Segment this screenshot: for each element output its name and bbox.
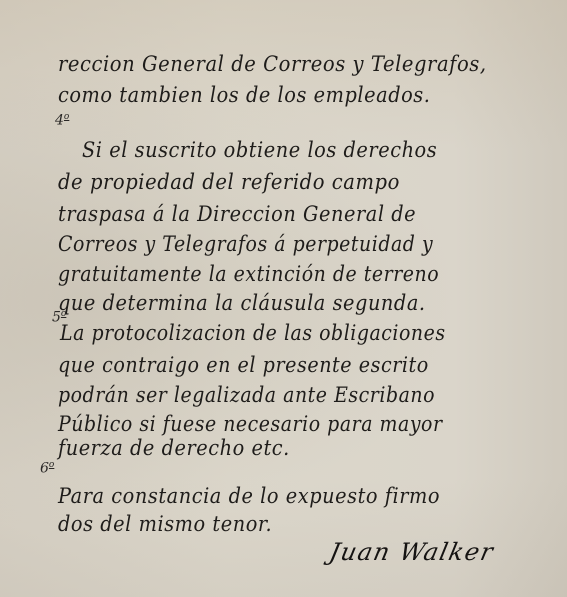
text-line: La protocolizacion de las obligaciones	[60, 321, 446, 345]
text-line: Para constancia de lo expuesto firmo	[58, 484, 440, 508]
clause-number-6: 6o	[40, 460, 54, 477]
text-line: reccion General de Correos y Telegrafos,	[58, 52, 487, 76]
text-line: que contraigo en el presente escrito	[58, 353, 429, 377]
text-line: fuerza de derecho etc.	[58, 436, 290, 460]
text-line: Correos y Telegrafos á perpetuidad y	[58, 232, 433, 256]
text-line: Si el suscrito obtiene los derechos	[82, 138, 437, 162]
text-line: como tambien los de los empleados.	[58, 83, 430, 107]
document-page: reccion General de Correos y Telegrafos,…	[0, 0, 567, 597]
clause-number-4: 4o	[55, 112, 69, 129]
text-line: de propiedad del referido campo	[58, 170, 400, 194]
signature: Juan Walker	[327, 538, 497, 566]
text-line: dos del mismo tenor.	[58, 512, 272, 536]
text-line: gratuitamente la extinción de terreno	[58, 262, 439, 286]
text-line: traspasa á la Direccion General de	[58, 202, 416, 226]
text-line: que determina la cláusula segunda.	[58, 291, 426, 315]
text-line: podrán ser legalizada ante Escribano	[58, 383, 435, 407]
text-line: Público si fuese necesario para mayor	[58, 412, 443, 436]
